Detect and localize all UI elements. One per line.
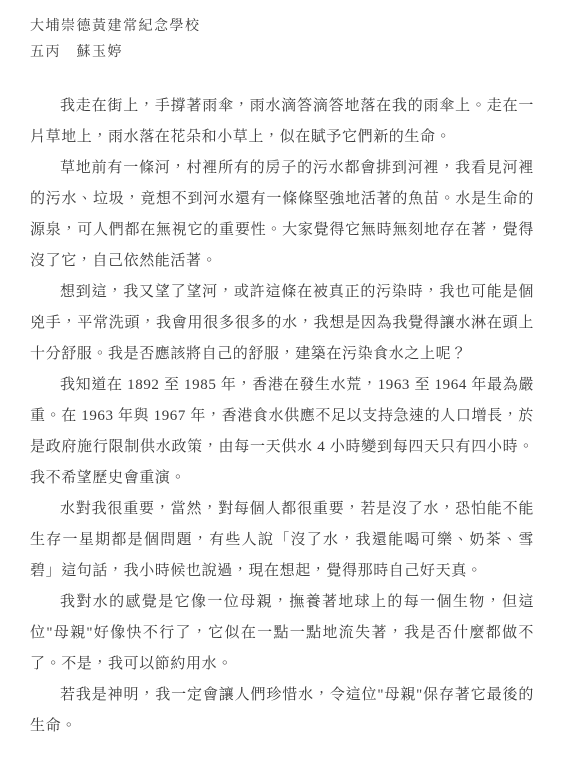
document-page: 大埔崇德黃建常紀念學校 五丙 蘇玉婷 我走在街上，手撐著雨傘，雨水滴答滴答地落在… <box>0 0 564 772</box>
school-name: 大埔崇德黃建常紀念學校 <box>30 14 534 40</box>
essay-paragraph-3: 想到這，我又望了望河，或許這條在被真正的污染時，我也可能是個兇手，平常洗頭，我會… <box>30 277 534 370</box>
essay-paragraph-4: 我知道在 1892 至 1985 年，香港在發生水荒，1963 至 1964 年… <box>30 370 534 494</box>
essay-paragraph-5: 水對我很重要，當然，對每個人都很重要，若是沒了水，恐怕能不能生存一星期都是個問題… <box>30 494 534 587</box>
essay-body: 我走在街上，手撐著雨傘，雨水滴答滴答地落在我的雨傘上。走在一片草地上，雨水落在花… <box>30 91 534 742</box>
document-header: 大埔崇德黃建常紀念學校 五丙 蘇玉婷 <box>30 14 534 66</box>
essay-paragraph-1: 我走在街上，手撐著雨傘，雨水滴答滴答地落在我的雨傘上。走在一片草地上，雨水落在花… <box>30 91 534 153</box>
essay-paragraph-6: 我對水的感覺是它像一位母親，撫養著地球上的每一個生物，但這位"母親"好像快不行了… <box>30 587 534 680</box>
essay-paragraph-7: 若我是神明，我一定會讓人們珍惜水，令這位"母親"保存著它最後的生命。 <box>30 680 534 742</box>
class-and-author: 五丙 蘇玉婷 <box>30 40 534 66</box>
essay-paragraph-2: 草地前有一條河，村裡所有的房子的污水都會排到河裡，我看見河裡的污水、垃圾，竟想不… <box>30 153 534 277</box>
